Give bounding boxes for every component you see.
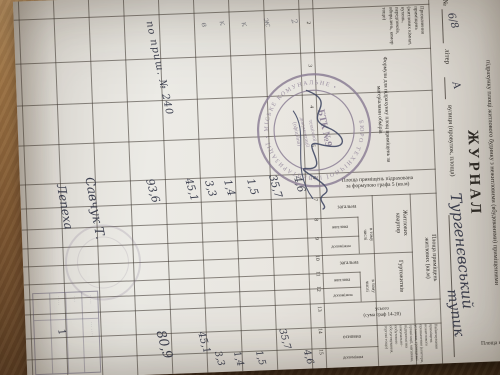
corner-box-value: 1 xyxy=(55,328,66,337)
cut-label: Площа не пр xyxy=(472,329,500,359)
svg-text:БЮРО ТЕХНІЧНОЇ ІНВЕНТАРИЗАЦІЇ: БЮРО ТЕХНІЧНОЇ ІНВЕНТАРИЗАЦІЇ • МІСЬКЕ К… xyxy=(254,71,374,191)
paper-sheet: підрахунку площі житлового будинку з неж… xyxy=(13,0,500,375)
column-number: 15 xyxy=(317,349,323,355)
column-number: 5 xyxy=(310,144,316,147)
cell-value: 4,6 xyxy=(301,349,314,366)
grid-line xyxy=(360,272,362,302)
address-street-blank xyxy=(448,215,454,357)
col-header-formulas: Формули для підрахунку площ приміщень за… xyxy=(373,51,391,167)
grid-line xyxy=(298,0,314,369)
grid-line xyxy=(26,323,442,340)
grid-line xyxy=(25,299,441,316)
grid-line xyxy=(88,0,104,375)
grid-line xyxy=(228,0,244,371)
grid-line xyxy=(27,346,379,361)
col-header-living-2: житлова xyxy=(324,272,362,288)
column-number: 14 xyxy=(317,328,323,334)
column-number: 3 xyxy=(307,64,313,67)
grid-line xyxy=(22,236,359,250)
cell-value: 1,5 xyxy=(245,178,260,197)
group-header-nonresidential: Найменування приміщень нежитлового призн… xyxy=(381,324,440,365)
svg-text:технічної: технічної xyxy=(307,119,318,142)
faint-stamp xyxy=(64,223,143,302)
col-header-aux-3: допоміжна xyxy=(326,346,379,368)
group-header-living-area: Площа приміщень житлових (кв.м) xyxy=(421,193,440,323)
svg-text:документації: документації xyxy=(298,117,310,149)
grid-line xyxy=(23,252,413,268)
column-number: 9 xyxy=(313,237,319,240)
grid-line xyxy=(22,217,359,231)
grid-line xyxy=(410,194,418,365)
round-stamp-bti: БЮРО ТЕХНІЧНОЇ ІНВЕНТАРИЗАЦІЇ • МІСЬКЕ К… xyxy=(243,59,386,202)
svg-text:БТК №9: БТК №9 xyxy=(315,108,334,147)
room-mark: к xyxy=(217,20,226,27)
address-street-label: вулиця (провулок, площа) xyxy=(446,105,456,177)
cell-value: 45,1 xyxy=(195,331,211,355)
handwriting-street-name: Тургенєвський xyxy=(448,192,476,310)
cell-value: 35,7 xyxy=(277,328,292,351)
grid-line xyxy=(24,272,361,286)
signature-1: Савчук Т. xyxy=(83,176,106,240)
address-liter-label: літер xyxy=(443,49,452,64)
signature-scrawl xyxy=(276,80,373,213)
journal-title: ЖУРНАЛ xyxy=(457,0,489,362)
address-no-blank xyxy=(442,9,444,43)
cell-value: 35,7 xyxy=(267,174,284,199)
grid-line xyxy=(24,287,361,301)
column-number: 7 xyxy=(312,198,318,201)
grid-line xyxy=(357,217,359,254)
incl-header-flats: в тому числі xyxy=(361,216,373,253)
address-no-label: № xyxy=(441,0,449,6)
cell-value: 3,3 xyxy=(203,179,218,198)
corner-box-stamp: ····· ··· ···· ···· ····· 1 xyxy=(32,291,101,375)
column-number: 13 xyxy=(316,306,322,312)
photo-background: підрахунку площі житлового будинку з неж… xyxy=(0,0,500,375)
col-header-living-1: житлова xyxy=(321,217,359,237)
col-header-total-2: загальна xyxy=(323,253,376,273)
room-mark: 2 xyxy=(289,18,298,25)
col-header-aux-2: допоміжна xyxy=(324,287,362,303)
col-header-no: № xyxy=(313,0,374,8)
svg-text:(офіційна): (офіційна) xyxy=(291,121,303,146)
grid-line xyxy=(193,0,209,373)
col-header-total-1: загальна xyxy=(321,195,374,218)
group-header-dorms: Гуртожитків xyxy=(396,252,405,300)
handwriting-liter: А xyxy=(450,81,462,91)
col-header-main: основна xyxy=(326,325,379,348)
column-number: 8 xyxy=(312,218,318,221)
grid-line xyxy=(372,195,380,366)
col-header-aux-1: допоміжна xyxy=(322,236,360,255)
col-header-area-formula: Площа приміщень підрахована за формулою … xyxy=(322,169,435,197)
cell-value: 45,1 xyxy=(183,177,200,202)
cell-value: 80,9 xyxy=(153,329,174,360)
handwriting-house-number: 6/8 xyxy=(445,12,459,30)
signature-2: Лепеха xyxy=(55,183,75,230)
address-liter-blank xyxy=(444,77,446,99)
column-number: 10 xyxy=(314,255,320,261)
grid-line xyxy=(15,48,431,65)
column-number: 6 xyxy=(311,176,317,179)
grid-line xyxy=(312,0,328,368)
column-number: 11 xyxy=(315,271,321,277)
cell-value: 1,4 xyxy=(231,350,244,367)
grid-line xyxy=(158,0,174,374)
cell-value: 1,4 xyxy=(222,178,237,197)
col-header-sum: усього (сума граф 14-20) xyxy=(325,299,440,327)
grid-line xyxy=(18,130,434,147)
grid-line xyxy=(17,90,433,107)
grid-line xyxy=(21,193,437,210)
room-mark: в xyxy=(199,21,208,28)
group-header-flats: Житлових квартир xyxy=(393,194,409,252)
column-number: 4 xyxy=(308,105,314,108)
room-mark: ж xyxy=(262,17,272,28)
cell-value: 3,3 xyxy=(212,350,225,367)
grid-line xyxy=(53,0,69,375)
cell-value: 1,5 xyxy=(253,349,266,366)
handwriting-note: по приш. № 240 xyxy=(144,20,174,116)
grid-line xyxy=(123,0,139,375)
grid-line xyxy=(14,4,430,21)
grid-line xyxy=(263,0,279,370)
cell-value: 93,6 xyxy=(144,177,161,204)
document-content: підрахунку площі житлового будинку з неж… xyxy=(13,0,500,375)
grid-line xyxy=(20,169,436,186)
col-header-purpose: Призначення приміщень (житлових кімнат, … xyxy=(380,6,425,48)
cell-value: 4,6 xyxy=(292,175,307,194)
room-mark: к xyxy=(239,21,248,28)
column-number: 2 xyxy=(305,21,311,24)
incl-header-dorms: в тому числі xyxy=(364,271,376,301)
handwriting-street-type: тупик xyxy=(444,288,465,337)
column-number: 12 xyxy=(315,286,321,292)
journal-subtitle: підрахунку площі житлового будинку з неж… xyxy=(482,3,500,341)
grid-line xyxy=(428,0,444,364)
